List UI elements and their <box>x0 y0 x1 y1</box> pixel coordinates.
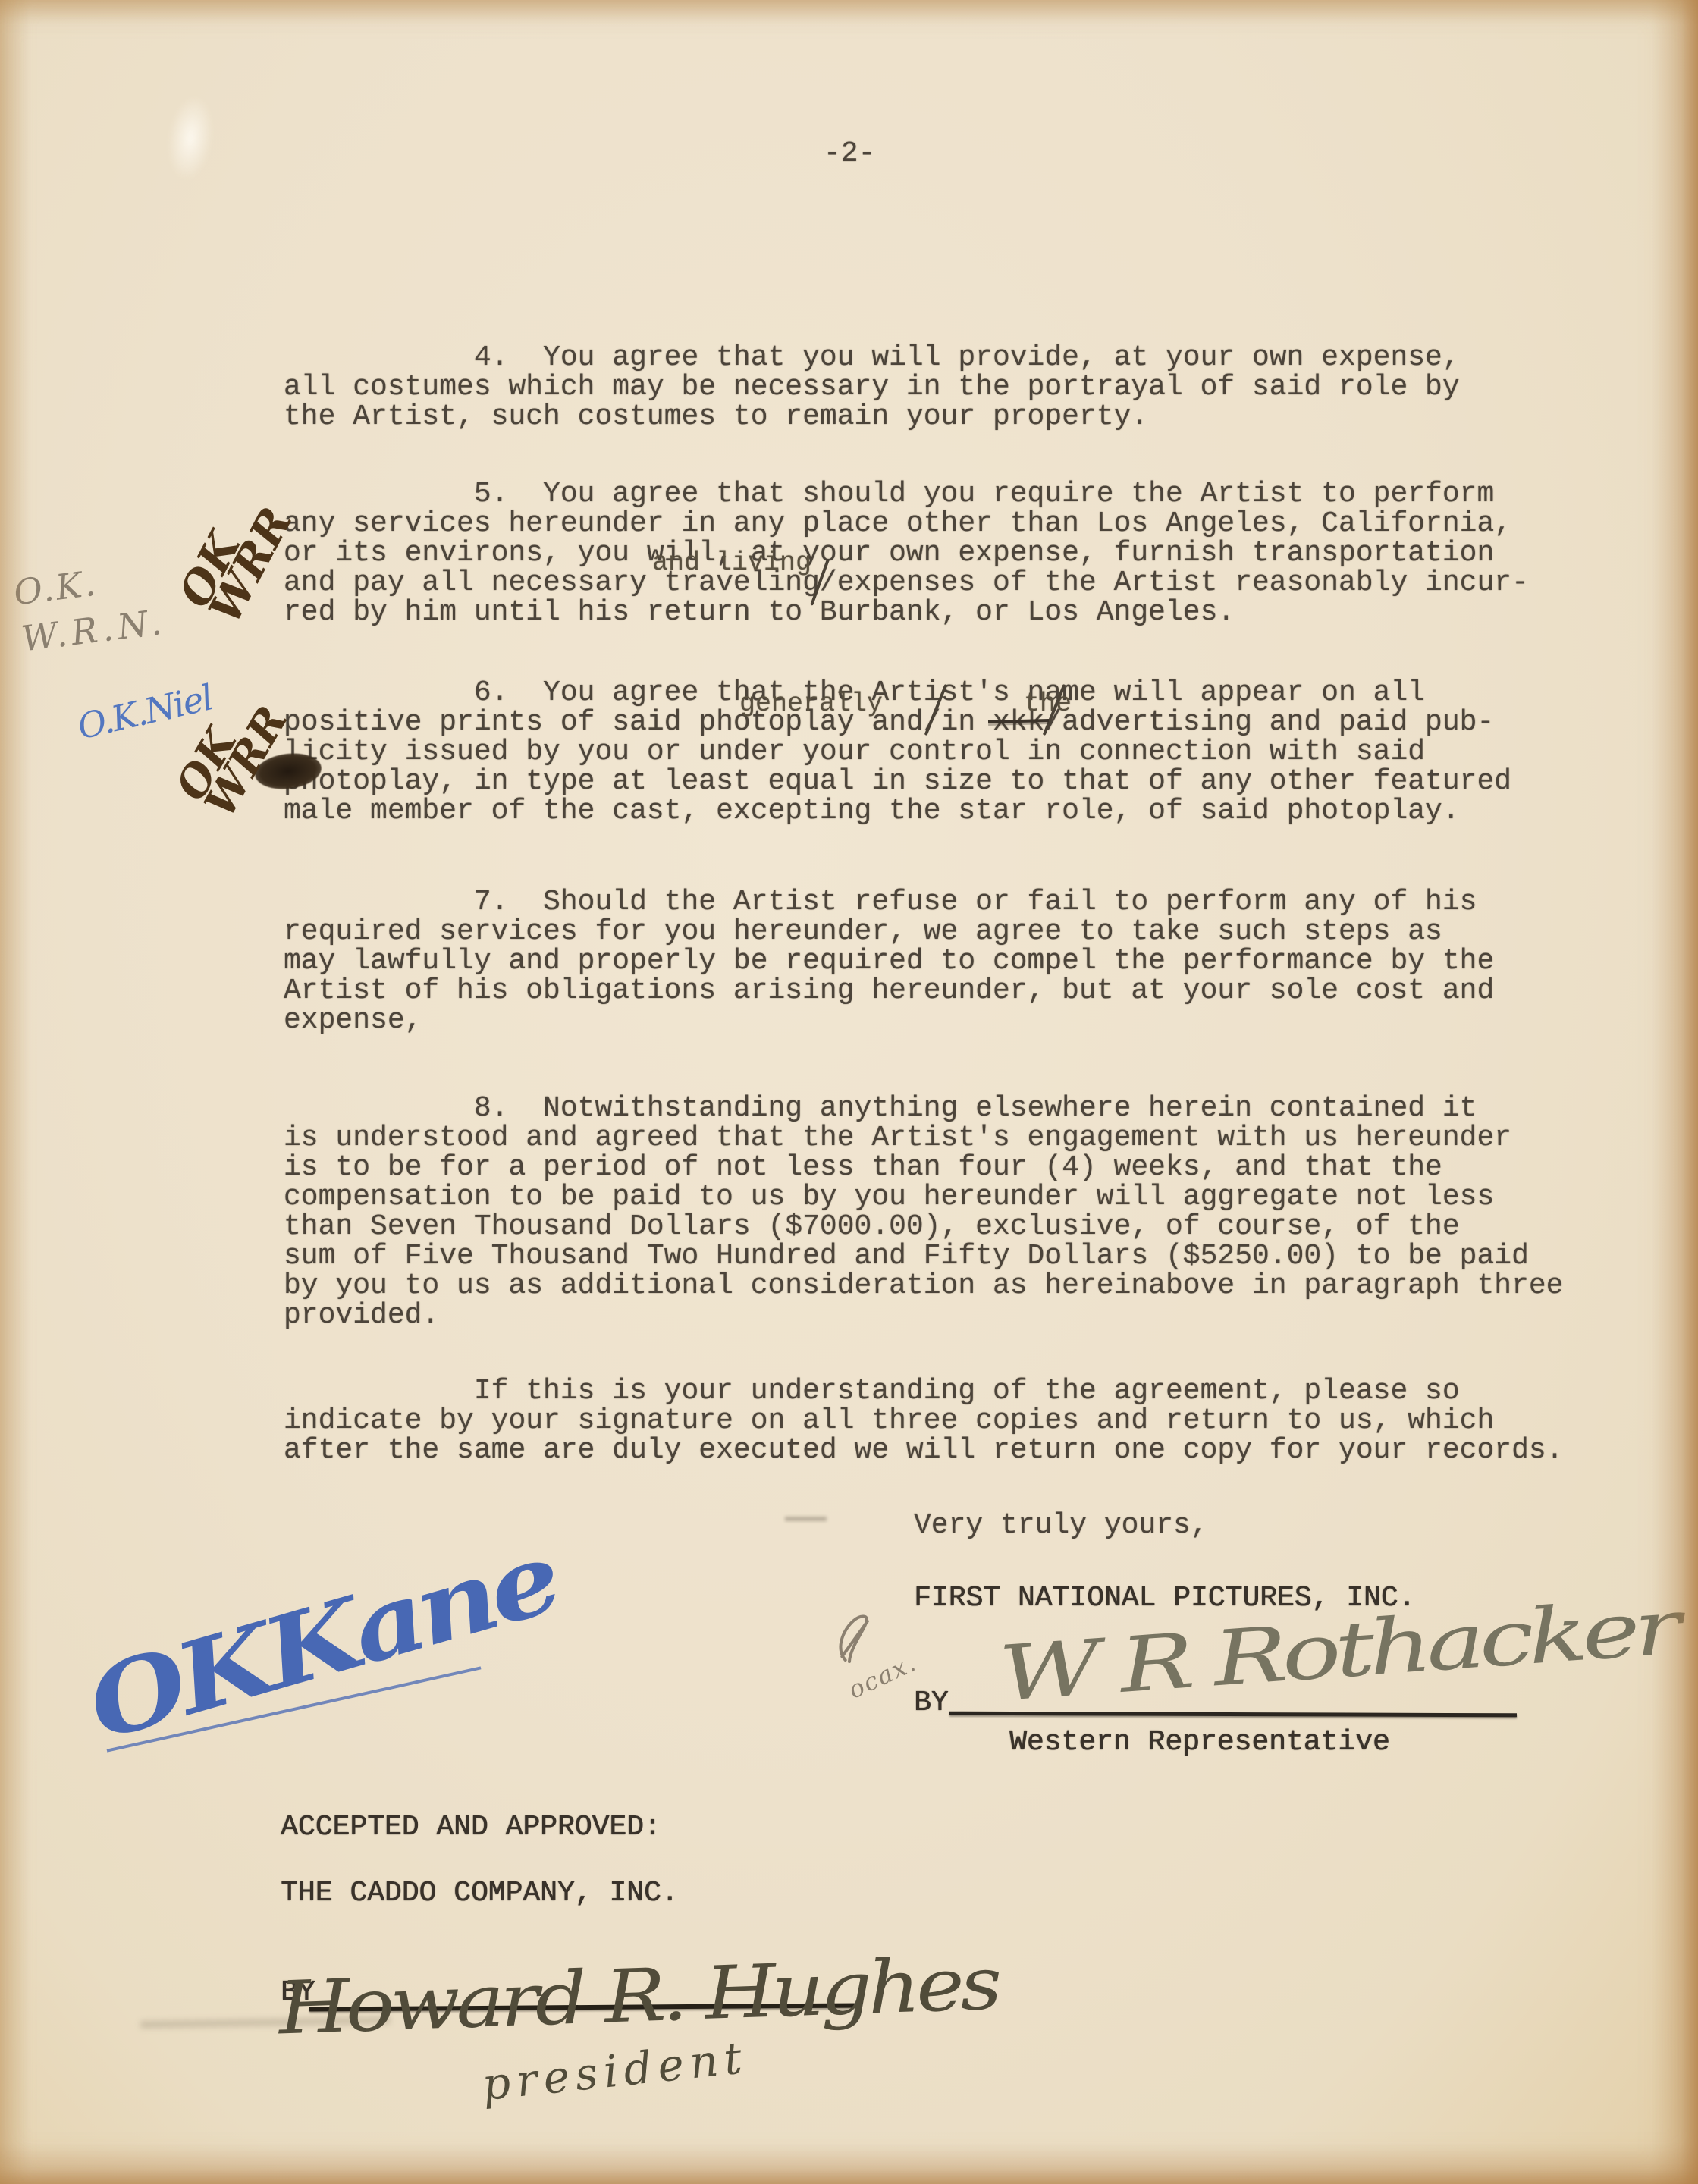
annotation-ok-kane: OKKane <box>76 1521 568 1762</box>
typed-line: the Artist, such costumes to remain your… <box>284 402 1460 431</box>
typed-line: photoplay, in type at least equal in siz… <box>284 767 1511 796</box>
annotation-ok-wrr-1: OK WRR <box>177 488 295 628</box>
typed-line: red by him until his return to Burbank, … <box>284 598 1529 627</box>
typed-line: and pay all necessary traveling/expenses… <box>284 568 1529 598</box>
annotation-pencil-scribble: ocax. <box>819 1595 921 1704</box>
typed-line: all costumes which may be necessary in t… <box>284 372 1460 402</box>
paragraph-4: 4. You agree that you will provide, at y… <box>284 343 1460 431</box>
typed-line: 8. Notwithstanding anything elsewhere he… <box>284 1094 1563 1123</box>
typed-line: licity issued by you or under your contr… <box>284 737 1511 767</box>
typed-line: 7. Should the Artist refuse or fail to p… <box>284 887 1494 917</box>
typed-line: may lawfully and properly be required to… <box>284 946 1494 976</box>
accepted-approved-label: ACCEPTED AND APPROVED: <box>281 1812 661 1842</box>
paragraph-8: 8. Notwithstanding anything elsewhere he… <box>284 1094 1563 1330</box>
typed-line: indicate by your signature on all three … <box>284 1406 1563 1436</box>
closing-paragraph: If this is your understanding of the agr… <box>284 1376 1563 1465</box>
paragraph-6: 6. You agree that the Artist's name will… <box>284 678 1511 826</box>
hughes-title: president <box>479 2032 750 2110</box>
signer-title-fnp: Western Representative <box>1009 1727 1390 1757</box>
typed-line: is understood and agreed that the Artist… <box>284 1123 1563 1153</box>
by-label-fnp: BY <box>914 1688 949 1718</box>
typed-line: 6. You agree that the Artist's name will… <box>284 678 1511 708</box>
caddo-company-name: THE CADDO COMPANY, INC. <box>281 1878 679 1908</box>
typed-line: any services hereunder in any place othe… <box>284 509 1529 538</box>
typed-line: is to be for a period of not less than f… <box>284 1153 1563 1182</box>
typed-line: male member of the cast, excepting the s… <box>284 796 1511 826</box>
typed-line: compensation to be paid to us by you her… <box>284 1182 1563 1212</box>
hughes-signature: Howard R. Hughes <box>278 1941 1000 2051</box>
typed-line: Artist of his obligations arising hereun… <box>284 976 1494 1006</box>
scanned-contract-page: -2- 4. You agree that you will provide, … <box>0 0 1698 2184</box>
typed-line: If this is your understanding of the agr… <box>284 1376 1563 1406</box>
typed-line: 4. You agree that you will provide, at y… <box>284 343 1460 372</box>
typed-line: positive prints of said photoplay and/in… <box>284 708 1511 737</box>
pencil-smudge <box>785 1517 827 1521</box>
paper-white-spot <box>162 93 218 184</box>
typed-line: required services for you hereunder, we … <box>284 917 1494 946</box>
paragraph-5: 5. You agree that should you require the… <box>284 479 1529 627</box>
typed-line: expense, <box>284 1006 1494 1035</box>
insertion-the: the <box>1024 689 1072 719</box>
typed-line: provided. <box>284 1301 1563 1330</box>
paragraph-7: 7. Should the Artist refuse or fail to p… <box>284 887 1494 1035</box>
typed-line: 5. You agree that should you require the… <box>284 479 1529 509</box>
annotation-pencil-ok: O.K. <box>11 562 99 613</box>
typed-line: than Seven Thousand Dollars ($7000.00), … <box>284 1212 1563 1241</box>
typed-line: sum of Five Thousand Two Hundred and Fif… <box>284 1241 1563 1271</box>
typed-line: or its environs, you will, at your own e… <box>284 538 1529 568</box>
typed-line: after the same are duly executed we will… <box>284 1436 1563 1465</box>
insertion-and-living: and living <box>652 548 811 578</box>
typed-line: by you to us as additional consideration… <box>284 1271 1563 1301</box>
page-number: -2- <box>824 139 875 168</box>
valediction: Very truly yours, <box>914 1511 1208 1540</box>
insertion-generally: generally <box>739 689 883 719</box>
